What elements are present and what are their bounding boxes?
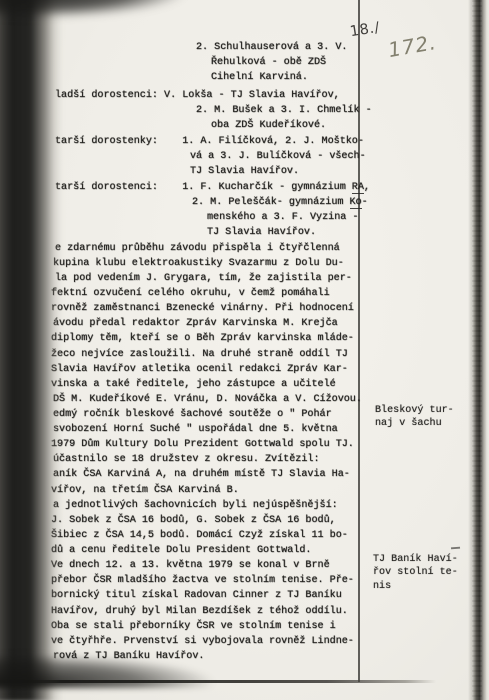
typed-line: TJ Slavia Havířov. bbox=[190, 166, 299, 177]
typed-line: vinska a také ředitele, jeho zástupce a … bbox=[51, 379, 336, 390]
typed-line: 2. M. Peleščák- gymnázium Ko- bbox=[192, 197, 368, 208]
typed-line: dů a cenu ředitele Dolu President Gottwa… bbox=[51, 545, 311, 556]
typed-line: diplomy těm, kteří se o Běh Zpráv karvin… bbox=[51, 333, 354, 344]
typed-line: svobození Horní Suché " uspořádal dne 5.… bbox=[53, 424, 338, 435]
typed-line: DŠ M. Kudeříkové E. Vránu, D. Nováčka a … bbox=[53, 394, 362, 405]
typed-line: la pod vedením J. Grygara, tím, že zajis… bbox=[55, 273, 352, 284]
typed-line: fektní ozvučení celého okruhu, v čemž po… bbox=[51, 288, 330, 299]
margin-note-line: naj v šachu bbox=[375, 417, 454, 430]
margin-note-line: TJ Baník Haví- bbox=[373, 553, 458, 566]
typed-line: tarší dorostenci: 1. F. Kucharčík - gymn… bbox=[55, 182, 370, 193]
typed-line: žeco nejvíce zasloužili. Na druhé straně… bbox=[51, 349, 348, 360]
typed-line: Ve dnech 12. a 13. května 1979 se konal … bbox=[51, 560, 330, 571]
margin-note-line: nis bbox=[373, 580, 458, 593]
typed-line: Řehulková - obě ZDŠ bbox=[211, 57, 326, 68]
typed-line: oba ZDŠ Kudeříkové. bbox=[211, 120, 326, 131]
typed-line: 1979 Dům Kultury Dolu Prezident Gottwald… bbox=[51, 439, 354, 450]
typed-line: aník ČSA Karviná A, na druhém místě TJ S… bbox=[53, 469, 350, 480]
margin-note: Bleskový tur-naj v šachu bbox=[375, 404, 454, 431]
typed-line: Cihelní Karviná. bbox=[211, 72, 308, 83]
typed-line: ladší dorostenci: V. Lokša - TJ Slavia H… bbox=[55, 90, 340, 101]
typed-line: rovněž zaměstnanci Bzenecké vinárny. Při… bbox=[51, 303, 354, 314]
typed-line: Slavia Havířov atletika ocenil redakci Z… bbox=[51, 364, 348, 375]
typed-line: edmý ročník bleskové šachové soutěže o "… bbox=[53, 409, 332, 420]
margin-note: TJ Baník Haví-řov stolní te-nis bbox=[373, 553, 458, 593]
handwritten-number: 172. bbox=[386, 30, 438, 62]
typed-line: tarší dorostenky: 1. A. Filíčková, 2. J.… bbox=[55, 136, 364, 147]
underline-mark bbox=[350, 208, 362, 209]
typed-line: e zdarnému průběhu závodu přispěla i čty… bbox=[55, 243, 340, 254]
typed-line: J. Sobek z ČSA 16 bodů, G. Sobek z ČSA 1… bbox=[51, 515, 336, 526]
typed-line: Havířov, druhý byl Milan Bezdíšek z tého… bbox=[51, 606, 348, 617]
typed-line: a jednotlivých šachovnicích byli nejúspě… bbox=[53, 500, 338, 511]
handwritten-page-number: 18./ bbox=[349, 20, 381, 40]
typed-line: Oba se stali přeborníky ČSR ve stolním t… bbox=[51, 621, 336, 632]
typed-line: TJ Slavia Havířov. bbox=[207, 227, 316, 238]
typed-line: ávodu předal redaktor Zpráv Karvinska M.… bbox=[53, 318, 338, 329]
typed-line: kupina klubu elektroakustiky Svazarmu z … bbox=[53, 258, 344, 269]
scanned-document-page: 2. Schulhauserová a 3. V.Řehulková - obě… bbox=[0, 0, 489, 700]
margin-note-line: řov stolní te- bbox=[373, 566, 458, 579]
page-edge-texture bbox=[472, 0, 482, 700]
typed-line: menského a 3. F. Vyzina - bbox=[207, 212, 358, 223]
margin-note-line: Bleskový tur- bbox=[375, 404, 454, 417]
typed-line: vířov, na třetím ČSA Karviná B. bbox=[51, 485, 239, 496]
table-column-rule bbox=[358, 0, 360, 682]
typed-line: vá a 3. J. Bulíčková - všech- bbox=[190, 151, 366, 162]
typed-line: bornický titul získal Radovan Cinner z T… bbox=[51, 590, 342, 601]
gutter-shadow-bottom bbox=[0, 652, 223, 688]
typed-line: 2. Schulhauserová a 3. V. bbox=[196, 42, 347, 53]
typed-line: 2. M. Bušek a 3. I. Chmelík - bbox=[196, 105, 372, 116]
pencil-dash-mark bbox=[451, 547, 460, 549]
typed-line: účastnilo se 18 družstev z okresu. Zvítě… bbox=[53, 454, 320, 465]
book-gutter-shadow bbox=[0, 0, 62, 700]
typed-line: ve čtyřhře. Prvenství si vybojovala rovn… bbox=[51, 636, 354, 647]
underline-mark bbox=[352, 193, 364, 194]
gutter-shadow-top bbox=[0, 0, 185, 18]
typed-line: Šibiec z ČSA 14,5 bodů. Domácí Czyž získ… bbox=[51, 530, 348, 541]
typed-line: přebor ČSR mladšího žactva ve stolním te… bbox=[51, 575, 354, 586]
